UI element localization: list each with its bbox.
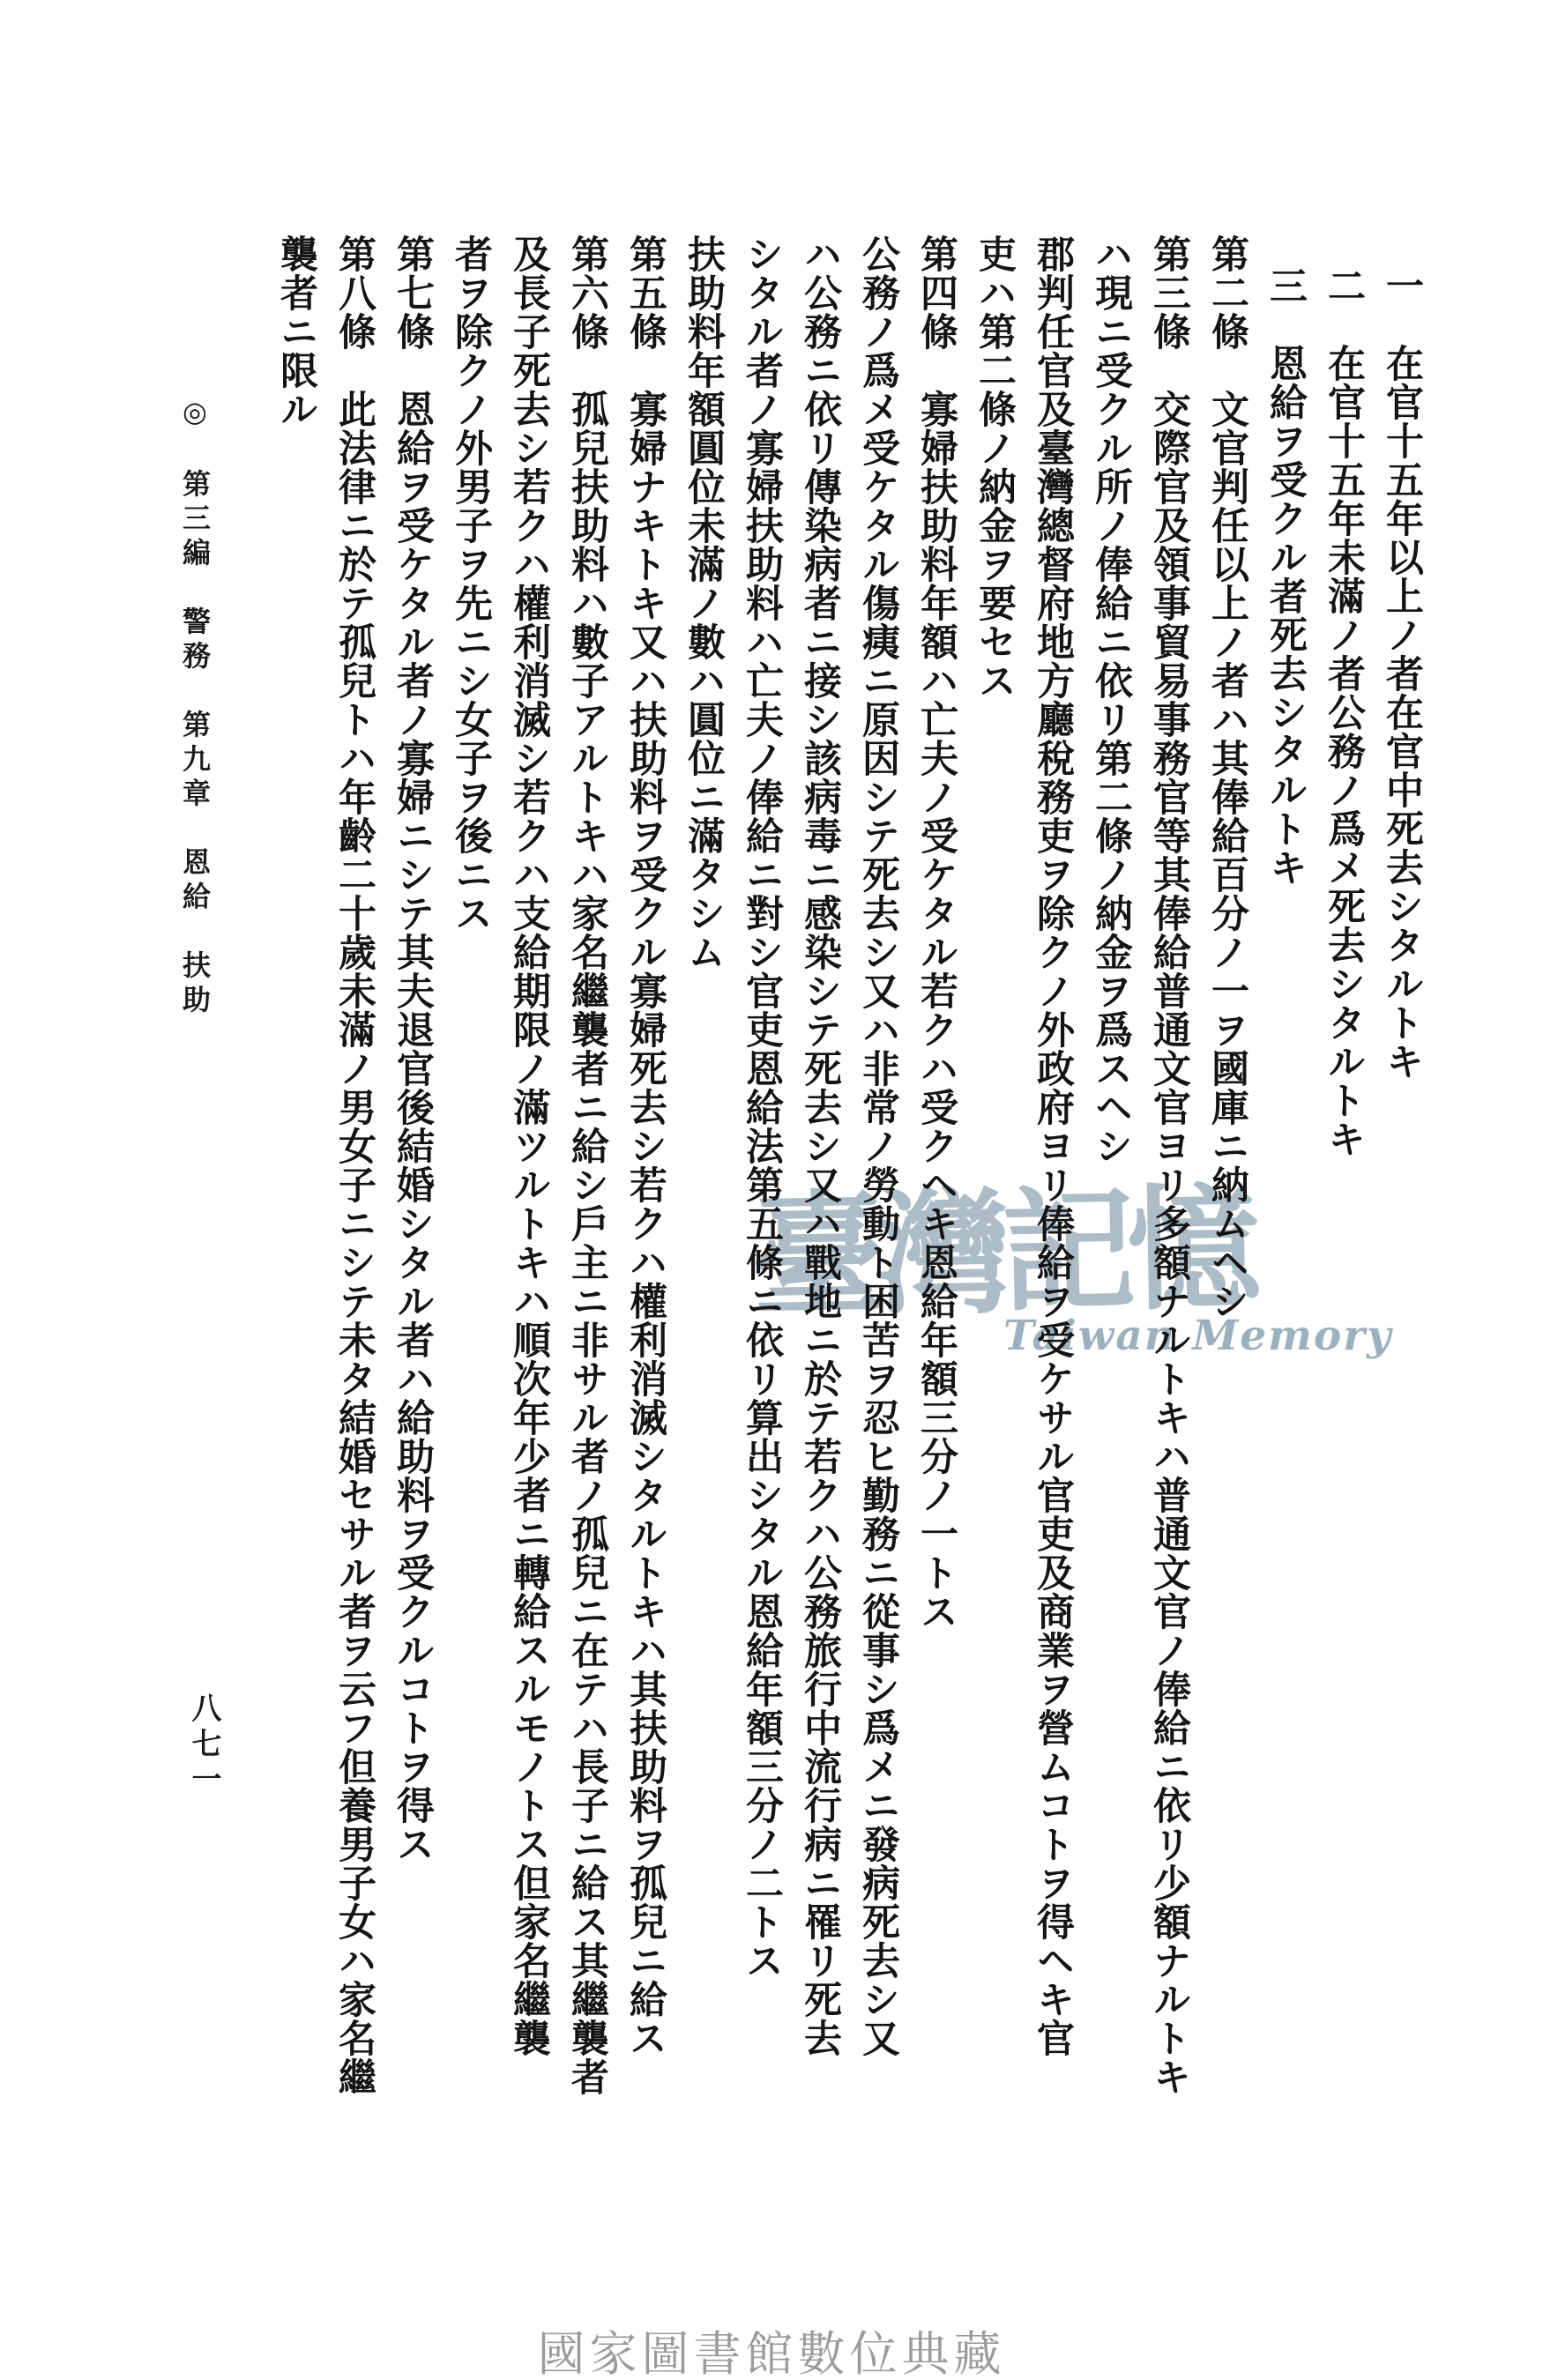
text-column: 一 在官十五年以上ノ者在官中死去シタルトキ	[1372, 234, 1430, 2112]
text-column: 二 在官十五年未滿ノ者公務ノ爲メ死去シタルトキ	[1314, 234, 1372, 2112]
text-column: 三 恩給ヲ受クル者死去シタルトキ	[1256, 234, 1314, 2112]
text-column: 襲者ニ限ル	[266, 234, 324, 2112]
text-column: 第六條 孤兒扶助料ハ數子アルトキハ家名繼襲者ニ給シ戶主ニ非サル者ノ孤兒ニ在テハ長…	[557, 234, 615, 2112]
library-caption: 國家圖書館數位典藏	[538, 2317, 1006, 2380]
page-number: 八七一	[182, 1692, 225, 1798]
text-column: 第七條 恩給ヲ受ケタル者ノ寡婦ニシテ其夫退官後結婚シタル者ハ給助料ヲ受クルコトヲ…	[383, 234, 441, 2112]
text-column: 公務ノ爲メ受ケタル傷痍ニ原因シテ死去シ又ハ非常ノ勞動ト困苦ヲ忍ヒ勤務ニ從事シ爲メ…	[848, 234, 906, 2112]
text-column: シタル者ノ寡婦扶助料ハ亡夫ノ俸給ニ對シ官吏恩給法第五條ニ依リ算出シタル恩給年額三…	[732, 234, 790, 2112]
scanned-document-page: 臺灣記憶 Taiwan Memory 一 在官十五年以上ノ者在官中死去シタルトキ…	[0, 0, 1543, 2380]
text-column: 扶助料年額圓位未滿ノ數ハ圓位ニ滿タシム	[674, 234, 732, 2112]
text-column: 第二條 文官判任以上ノ者ハ其俸給百分ノ一ヲ國庫ニ納ムヘシ	[1197, 234, 1256, 2112]
document-text-block: 一 在官十五年以上ノ者在官中死去シタルトキ二 在官十五年未滿ノ者公務ノ爲メ死去シ…	[266, 234, 1430, 2112]
text-column: 第三條 交際官及領事貿易事務官等其俸給普通文官ヨリ多額ナルトキハ普通文官ノ俸給ニ…	[1139, 234, 1197, 2112]
text-column: ハ現ニ受クル所ノ俸給ニ依リ第二條ノ納金ヲ爲スヘシ	[1081, 234, 1139, 2112]
text-column: 第四條 寡婦扶助料年額ハ亡夫ノ受ケタル若クハ受クヘキ恩給年額三分ノ一トス	[906, 234, 965, 2112]
text-column: 者ヲ除クノ外男子ヲ先ニシ女子ヲ後ニス	[441, 234, 499, 2112]
section-header: ◎ 第三編 警務 第九章 恩給 扶助	[175, 395, 215, 1019]
text-column: 第八條 此法律ニ於テ孤兒トハ年齡二十歲未滿ノ男女子ニシテ未タ結婚セサル者ヲ云フ但…	[324, 234, 383, 2112]
text-column: 吏ハ第二條ノ納金ヲ要セス	[965, 234, 1023, 2112]
text-column: ハ公務ニ依リ傳染病者ニ接シ該病毒ニ感染シテ死去シ又ハ戰地ニ於テ若クハ公務旅行中流…	[790, 234, 848, 2112]
text-column: 第五條 寡婦ナキトキ又ハ扶助料ヲ受クル寡婦死去シ若クハ權利消滅シタルトキハ其扶助…	[615, 234, 674, 2112]
text-column: 及長子死去シ若クハ權利消滅シ若クハ支給期限ノ滿ツルトキハ順次年少者ニ轉給スルモノ…	[499, 234, 557, 2112]
text-column: 郡判任官及臺灣總督府地方廳稅務吏ヲ除クノ外政府ヨリ俸給ヲ受ケサル官吏及商業ヲ營ム…	[1023, 234, 1081, 2112]
